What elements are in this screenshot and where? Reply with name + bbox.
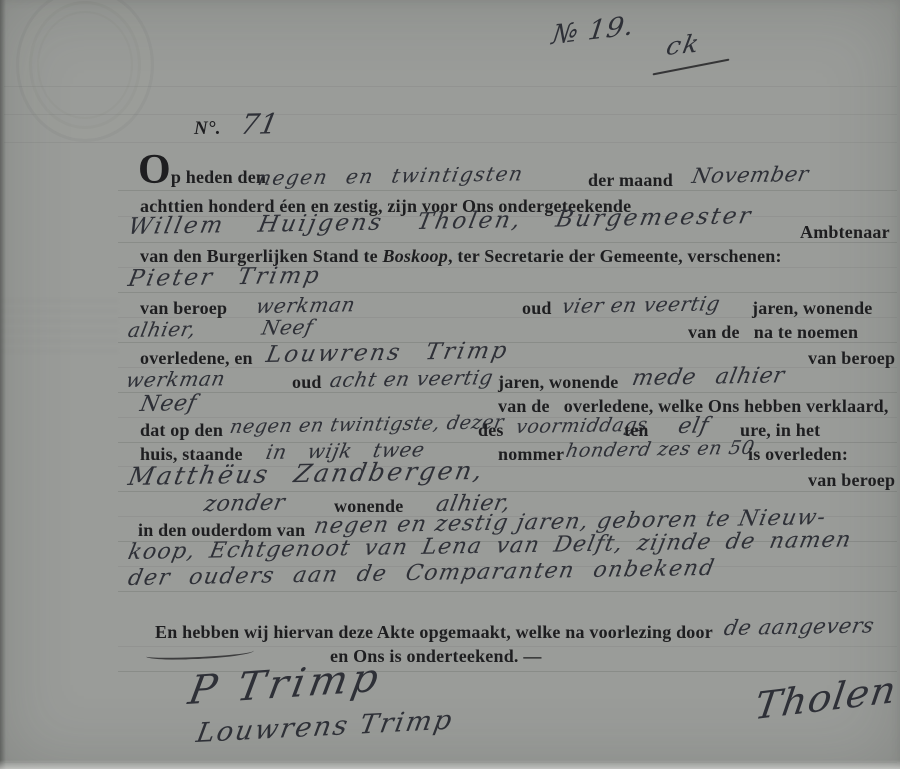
declarant1-relatie-label: van de na te noemen [688,322,858,343]
closing-line1-handwritten: de aangevers [722,613,877,640]
declarant2-jaren-label: jaren, wonende [498,372,618,393]
embossed-seal [16,0,154,142]
signature-declarant2: Louwrens Trimp [194,705,456,749]
des-label: des [478,420,504,441]
act-number-value: 71 [238,107,281,141]
embossed-seal-inner [37,11,133,119]
declarant2-beroep-label: van beroep [808,348,895,369]
registry-post: , ter Secretarie der Gemeente, verschene… [448,246,782,266]
opening-text: p heden den [171,167,266,187]
is-overleden-label: is overleden: [748,444,848,465]
declarant1-name-handwritten: Pieter Trimp [126,263,324,292]
declarant1-age-handwritten: vier en veertig [560,291,723,318]
ruled-line [118,190,897,191]
declarant1-oud-label: oud [522,298,552,319]
declarant2-age-handwritten: acht en veertig [328,365,496,392]
overledene-name-handwritten: Matthëus Zandbergen, [126,456,487,491]
declarant2-oud-label: oud [292,372,322,393]
huisnummer-handwritten: honderd zes en 50 [564,437,757,462]
ruled-line [4,142,897,143]
overledene-beroep-handwritten: zonder [202,491,287,517]
bleedthrough-smudge [0,292,118,352]
ruled-line [118,242,897,243]
declarant2-relatie-handwritten: Neef [138,391,199,417]
opening-line: Op heden den [138,160,266,188]
death-date-handwritten: negen en twintigste, dezer [228,411,506,438]
ruled-line [4,114,897,115]
closing-line1-label: En hebben wij hiervan deze Akte opgemaak… [155,622,713,643]
ruled-line [118,591,897,592]
closing-flourish [146,646,254,661]
ruled-line [4,762,897,763]
declarant2-woonplaats-handwritten: mede alhier [630,363,787,391]
month-handwritten: November [690,162,811,188]
ruled-line [4,86,897,87]
declarant1-jaren-label: jaren, wonende [752,298,872,319]
dat-op-den-label: dat op den [140,420,223,441]
declarant2-beroep-handwritten: werkman [124,366,228,392]
declarant1-woonplaats-handwritten: alhier, Neef [126,315,316,342]
drop-cap: O [138,147,171,193]
ruled-line [118,442,897,443]
declarant2-name-handwritten: Louwrens Trimp [264,338,511,368]
registry-place: Boskoop [383,246,448,266]
ambtenaar-label: Ambtenaar [800,222,890,243]
overledene-beroep-label: van beroep [808,470,895,491]
signature-declarant1: P Trimp [185,655,386,714]
act-number-label: N°. [194,118,221,140]
paraph-underline [653,59,730,76]
nommer-label: nommer [498,444,564,465]
uur-handwritten: elf [676,413,711,439]
date-handwritten: negen en twintigsten [256,161,526,190]
document-page: № 19. ck N°. 71 Op heden den negen en tw… [0,0,900,769]
ruled-line [118,292,897,293]
der-maand-label: der maand [588,170,673,191]
signature-official: Tholen [752,668,900,728]
paraph-annotation: ck [664,29,703,61]
folio-annotation: № 19. [550,10,636,51]
